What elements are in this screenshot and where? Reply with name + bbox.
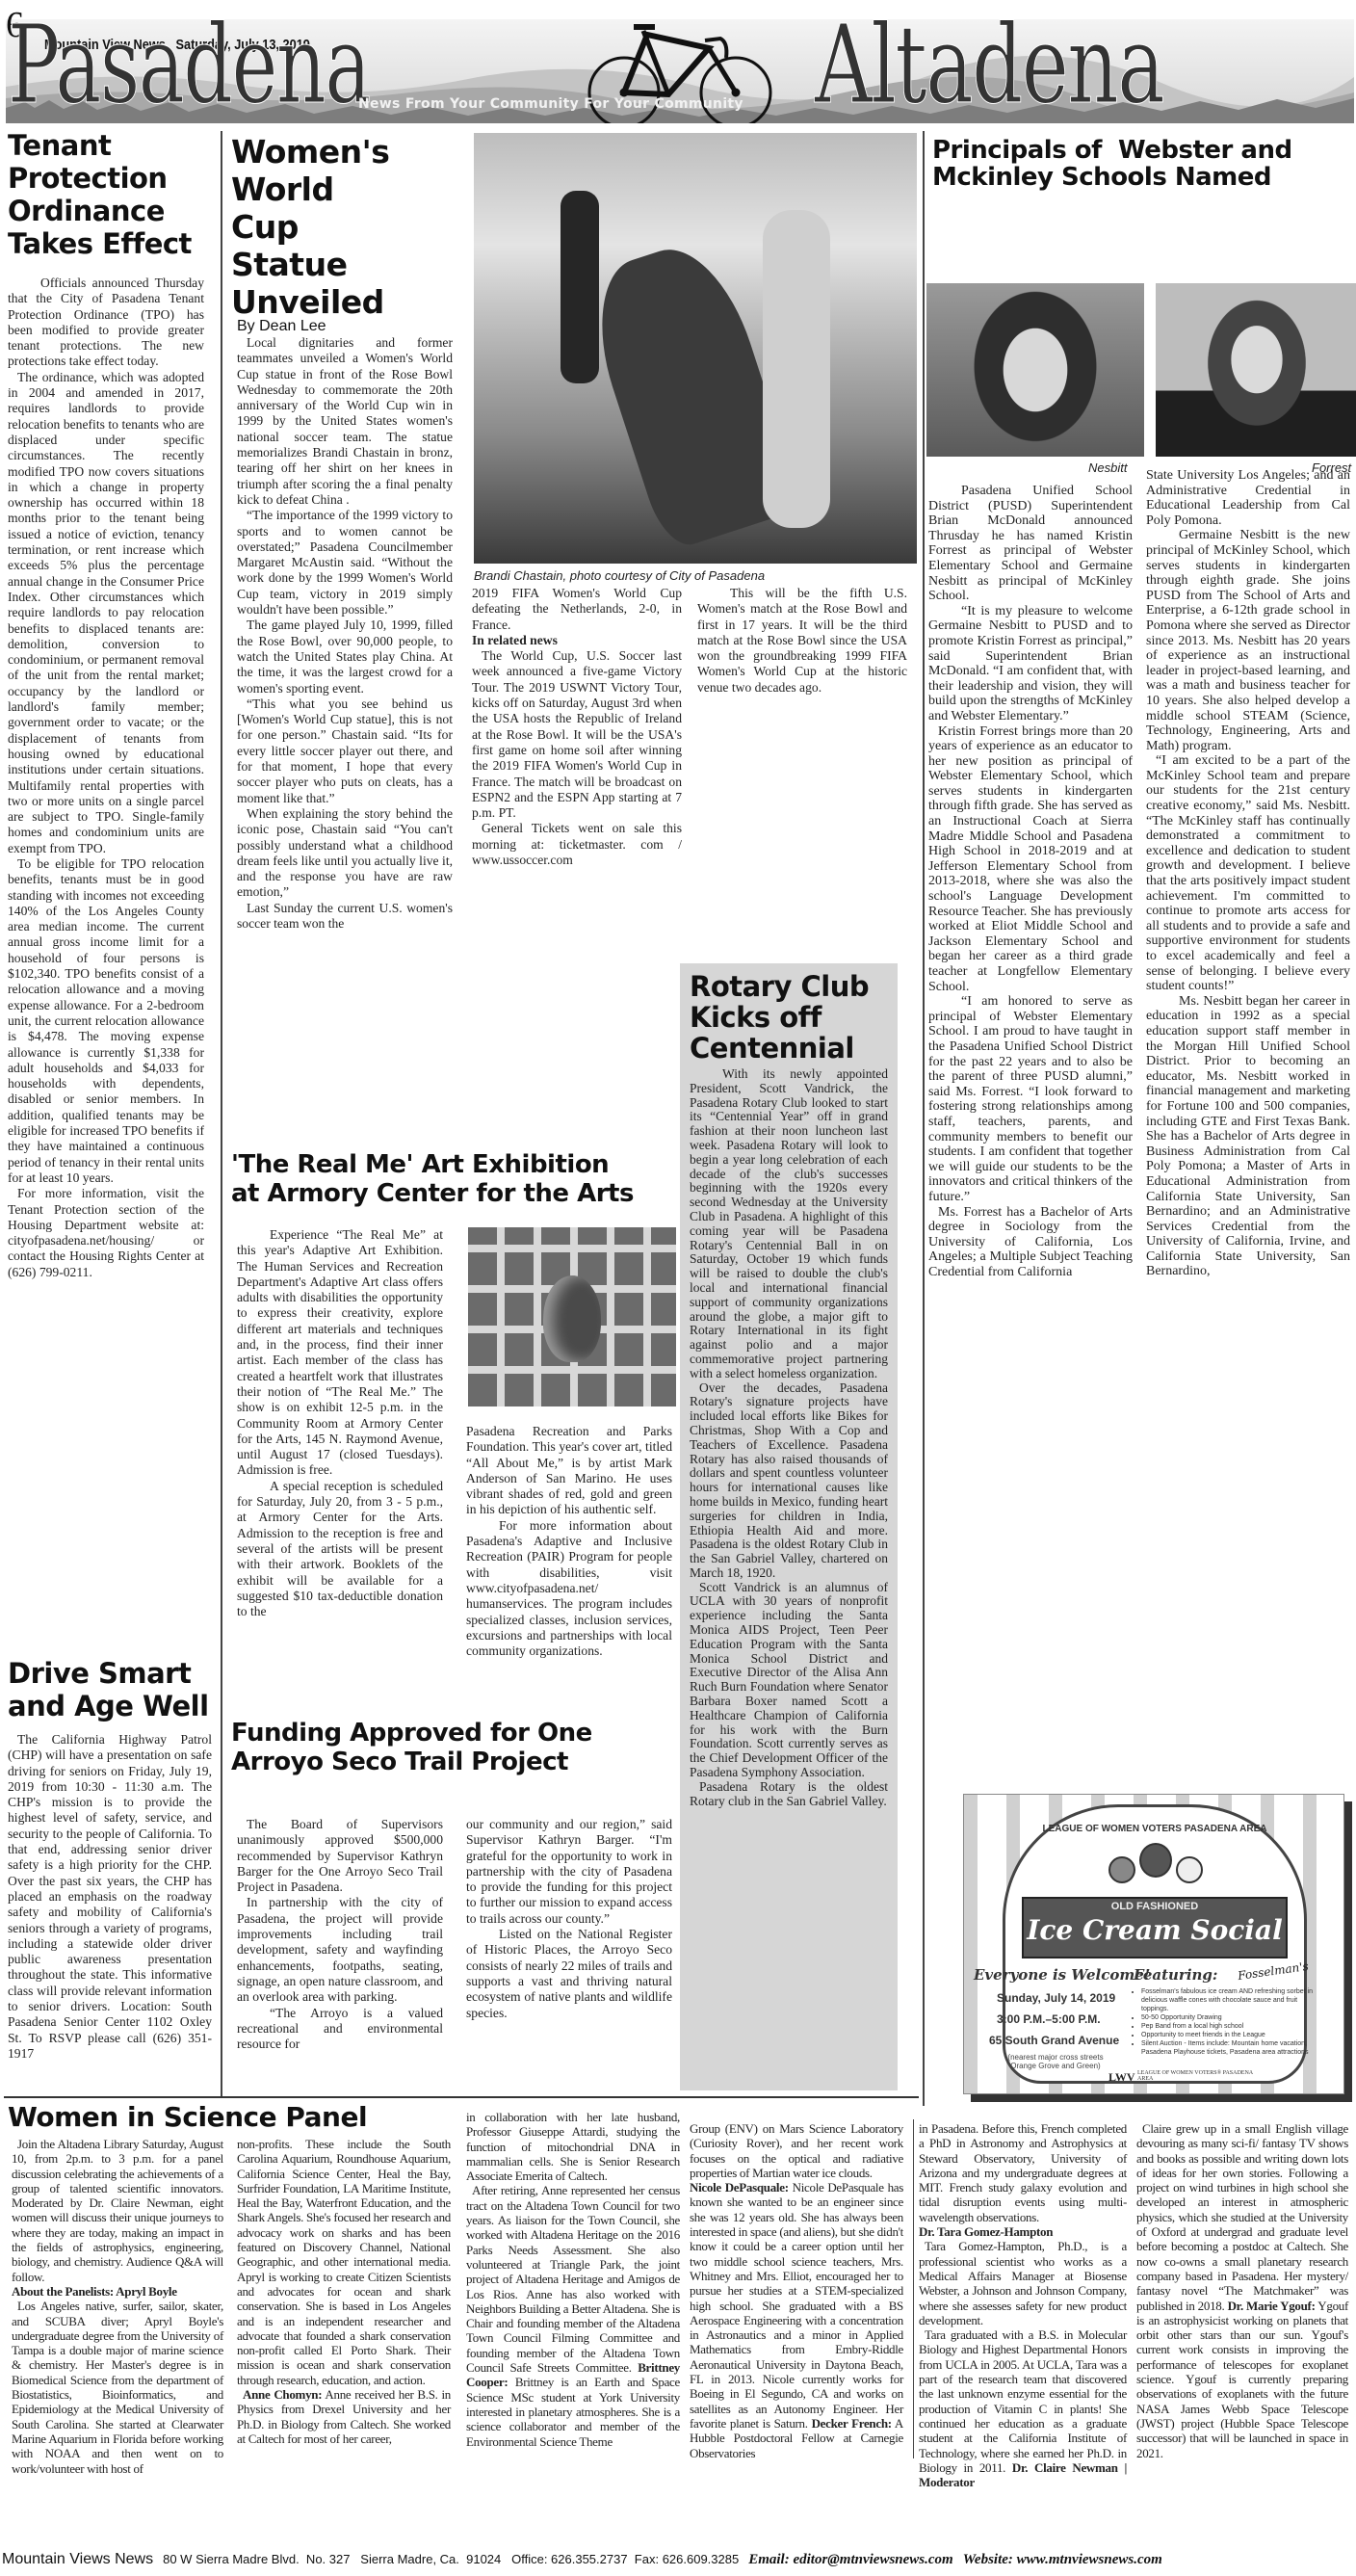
article-body: With its newly appointed President, Scot… xyxy=(690,1067,888,1808)
paragraph: The ordinance, which was adopted in 2004… xyxy=(8,370,204,856)
paragraph: “I am honored to serve as principal of W… xyxy=(928,994,1133,1204)
article-drive-smart: Drive Smart and Age Well The California … xyxy=(8,1657,212,2062)
paragraph: With its newly appointed President, Scot… xyxy=(690,1067,888,1381)
paragraph: in collaboration with her late husband, … xyxy=(466,2110,680,2183)
paragraph: Join the Altadena Library Saturday, Augu… xyxy=(12,2137,223,2284)
headline-arroyo: Funding Approved for One Arroyo Seco Tra… xyxy=(231,1719,655,1776)
article-body: Officials announced Thursday that the Ci… xyxy=(8,276,204,1280)
footer-publication-name: Mountain Views News xyxy=(2,2551,153,2568)
paragraph: 2019 FIFA Women's World Cup defeating th… xyxy=(472,586,682,633)
paragraph: For more information, visit the Tenant P… xyxy=(8,1186,204,1280)
event-address: 65 South Grand Avenue xyxy=(989,2034,1119,2047)
article-art-exhibition: 'The Real Me' Art Exhibition at Armory C… xyxy=(231,1150,674,1690)
paragraph: “The importance of the 1999 victory to s… xyxy=(237,508,453,618)
feature-item: Pep Band from a local high school xyxy=(1141,2022,1326,2031)
article-body: The Board of Supervisors unanimously app… xyxy=(237,1817,443,2052)
paragraph: A special reception is scheduled for Sat… xyxy=(237,1479,443,1620)
masthead: 6 Mountain View News Saturday, July 13, … xyxy=(0,0,1356,123)
panelist-name: Nicole DePasquale: xyxy=(690,2180,789,2195)
article-body-col2: State University Los Angeles; and an Adm… xyxy=(1146,468,1350,1279)
paragraph: Pasadena Unified School District (PUSD) … xyxy=(928,484,1133,604)
article-body-col3: This will be the fifth U.S. Women's matc… xyxy=(697,586,907,696)
paragraph: Listed on the National Register of Histo… xyxy=(466,1927,672,2021)
paragraph: This will be the fifth U.S. Women's matc… xyxy=(697,586,907,696)
paragraph: State University Los Angeles; and an Adm… xyxy=(1146,468,1350,528)
event-date: Sunday, July 14, 2019 xyxy=(997,1991,1115,2005)
cross-streets: (nearest major cross streets Orange Grov… xyxy=(1003,2053,1108,2070)
science-col-3: in collaboration with her late husband, … xyxy=(466,2110,680,2449)
paragraph: Ms. Forrest has a Bachelor of Arts degre… xyxy=(928,1205,1133,1280)
subheading: Dr. Tara Gomez-Hampton xyxy=(919,2224,1127,2239)
headline-tenant: Tenant Protection Ordinance Takes Effect xyxy=(8,129,204,260)
title-altadena: Altadena xyxy=(815,8,1163,123)
featuring-list: Fosselman's fabulous ice cream AND refre… xyxy=(1134,1987,1326,2057)
science-col-1: Join the Altadena Library Saturday, Augu… xyxy=(12,2137,223,2476)
headline-rotary: Rotary Club Kicks off Centennial xyxy=(690,971,888,1064)
ad-ice-cream-social[interactable]: LEAGUE OF WOMEN VOTERS PASADENA AREA OLD… xyxy=(963,1794,1344,2094)
lwv-logo-text: LEAGUE OF WOMEN VOTERS® PASADENA AREA xyxy=(1137,2070,1253,2082)
paragraph: Pasadena Rotary is the oldest Rotary clu… xyxy=(690,1780,888,1809)
paragraph: The game played July 10, 1999, filled th… xyxy=(237,618,453,696)
article-principals: Principals of Webster and Mckinley Schoo… xyxy=(926,129,1354,1786)
article-women-in-science: Women in Science Panel Join the Altadena… xyxy=(0,2100,1356,2478)
photo-forrest xyxy=(1156,283,1356,457)
paragraph: Ygouf is an astrophysicist working on pl… xyxy=(1136,2299,1348,2460)
article-body-col2: 2019 FIFA Women's World Cup defeating th… xyxy=(472,586,682,868)
science-col-2: non-profits. These include the South Car… xyxy=(237,2137,451,2446)
article-body: Pasadena Unified School District (PUSD) … xyxy=(928,484,1133,1279)
paragraph: The California Highway Patrol (CHP) will… xyxy=(8,1732,212,2062)
paragraph: “This what you see behind us [Women's Wo… xyxy=(237,697,453,806)
headline-world-cup: Women's World Cup Statue Unveiled xyxy=(231,133,385,321)
headline-line: at Armory Center for the Arts xyxy=(231,1179,674,1208)
paragraph: Tara graduated with a B.S. in Molecular … xyxy=(919,2327,1127,2475)
paragraph: Scott Vandrick is an alumnus of UCLA wit… xyxy=(690,1581,888,1780)
paragraph: Tara Gomez-Hampton, Ph.D., is a professi… xyxy=(919,2239,1127,2327)
paragraph: Officials announced Thursday that the Ci… xyxy=(8,276,204,370)
article-body: The California Highway Patrol (CHP) will… xyxy=(8,1732,212,2062)
article-body: Local dignitaries and former teammates u… xyxy=(237,335,453,932)
column-rule xyxy=(913,2119,914,2458)
paragraph: Kristin Forrest brings more than 20 year… xyxy=(928,724,1133,995)
paragraph: Experience “The Real Me” at this year's … xyxy=(237,1227,443,1479)
paragraph: non-profits. These include the South Car… xyxy=(237,2137,451,2387)
photo-caption: Brandi Chastain, photo courtesy of City … xyxy=(474,568,765,583)
headline-women-in-science: Women in Science Panel xyxy=(8,2102,367,2133)
lwv-logo-mark: LWV xyxy=(1108,2070,1135,2085)
headline-art: 'The Real Me' Art Exhibition at Armory C… xyxy=(231,1150,674,1208)
column-rule xyxy=(923,131,925,2106)
tagline: News From Your Community For Your Commun… xyxy=(358,96,743,112)
ice-cream-cones-icon xyxy=(1108,1843,1201,1897)
paragraph: “I am excited to be a part of the McKinl… xyxy=(1146,753,1350,994)
paragraph: General Tickets went on sale this mornin… xyxy=(472,821,682,868)
paragraph: Local dignitaries and former teammates u… xyxy=(237,335,453,508)
welcome-text: Everyone is Welcome! xyxy=(974,1966,1150,1984)
article-rotary: Rotary Club Kicks off Centennial With it… xyxy=(680,963,898,2090)
paragraph: The World Cup, U.S. Soccer last week ann… xyxy=(472,648,682,821)
paragraph: After retiring, Anne represented her cen… xyxy=(466,2183,680,2375)
panelist-name: Dr. Marie Ygouf: xyxy=(1228,2299,1316,2313)
paragraph: Los Angeles native, surfer, sailor, skat… xyxy=(12,2299,223,2476)
article-body-col2: Pasadena Recreation and Parks Foundation… xyxy=(466,1424,672,1659)
old-fashioned-label: OLD FASHIONED xyxy=(964,1901,1344,1912)
feature-item: 50-50 Opportunity Drawing xyxy=(1141,2013,1326,2022)
event-time: 3:00 P.M.–5:00 P.M. xyxy=(997,2012,1101,2026)
paragraph: our community and our region,” said Supe… xyxy=(466,1817,672,1927)
title-pasadena: Pasadena xyxy=(8,8,370,123)
article-body-col2: our community and our region,” said Supe… xyxy=(466,1817,672,2021)
section-divider xyxy=(4,2096,919,2098)
paragraph: Ms. Nesbitt began her career in educatio… xyxy=(1146,994,1350,1279)
science-col-5: in Pasadena. Before this, French complet… xyxy=(919,2121,1127,2489)
photo-nesbitt xyxy=(926,283,1144,457)
headline-drive-smart: Drive Smart and Age Well xyxy=(8,1657,212,1722)
footer-website-link[interactable]: Website: www.mtnviewsnews.com xyxy=(963,2552,1162,2568)
byline: By Dean Lee xyxy=(237,318,326,335)
paragraph: The Board of Supervisors unanimously app… xyxy=(237,1817,443,1895)
feature-item: Opportunity to meet friends in the Leagu… xyxy=(1141,2031,1326,2039)
panelist-name: Decker French: xyxy=(812,2416,892,2431)
subheading: In related news xyxy=(472,633,682,648)
feature-item: Silent Auction - Items include: Mountain… xyxy=(1141,2039,1326,2057)
ad-title: Ice Cream Social xyxy=(964,1914,1344,1946)
statue-photo xyxy=(474,133,917,564)
headline-line: 'The Real Me' Art Exhibition xyxy=(231,1150,674,1179)
footer: Mountain Views News 80 W Sierra Madre Bl… xyxy=(0,2551,1356,2576)
paragraph: Group (ENV) on Mars Science Laboratory (… xyxy=(690,2121,903,2180)
paragraph: Pasadena Recreation and Parks Foundation… xyxy=(466,1424,672,1518)
paragraph: For more information about Pasadena's Ad… xyxy=(466,1518,672,1660)
paragraph: In partnership with the city of Pasadena… xyxy=(237,1895,443,2005)
caption-nesbitt: Nesbitt xyxy=(1088,460,1127,475)
headline-principals: Principals of Webster and Mckinley Schoo… xyxy=(932,137,1346,191)
paragraph: “It is my pleasure to welcome Germaine N… xyxy=(928,604,1133,724)
article-arroyo-seco: Funding Approved for One Arroyo Seco Tra… xyxy=(231,1719,674,2096)
article-tenant: Tenant Protection Ordinance Takes Effect… xyxy=(8,129,204,1280)
paragraph: Over the decades, Pasadena Rotary's sign… xyxy=(690,1381,888,1581)
science-col-4: Group (ENV) on Mars Science Laboratory (… xyxy=(690,2121,903,2460)
column-rule xyxy=(221,131,222,2096)
paragraph: in Pasadena. Before this, French complet… xyxy=(919,2121,1127,2224)
paragraph: Germaine Nesbitt is the new principal of… xyxy=(1146,528,1350,753)
featuring-label: Featuring: xyxy=(1134,1966,1217,1984)
arc-text: LEAGUE OF WOMEN VOTERS PASADENA AREA xyxy=(964,1824,1344,1834)
science-col-6: Claire grew up in a small English villag… xyxy=(1136,2121,1348,2460)
article-world-cup: Women's World Cup Statue Unveiled By Dea… xyxy=(231,129,915,790)
paragraph: Nicole DePasquale has known she wanted t… xyxy=(690,2180,903,2431)
subheading: About the Panelists: Apryl Boyle xyxy=(12,2284,223,2299)
article-body: Experience “The Real Me” at this year's … xyxy=(237,1227,443,1619)
mask-artwork-photo xyxy=(468,1227,676,1406)
paragraph: Last Sunday the current U.S. women's soc… xyxy=(237,901,453,933)
paragraph: When explaining the story behind the ico… xyxy=(237,806,453,901)
panelist-name: Anne Chomyn: xyxy=(243,2387,322,2402)
feature-item: Fosselman's fabulous ice cream AND refre… xyxy=(1141,1987,1326,2013)
paragraph: “The Arroyo is a valued recreational and… xyxy=(237,2006,443,2053)
paragraph: To be eligible for TPO relocation benefi… xyxy=(8,856,204,1186)
footer-address: 80 W Sierra Madre Blvd. No. 327 Sierra M… xyxy=(163,2552,739,2566)
footer-email-link[interactable]: Email: editor@mtnviewsnews.com xyxy=(748,2552,952,2568)
paragraph: Claire grew up in a small English villag… xyxy=(1136,2121,1348,2313)
